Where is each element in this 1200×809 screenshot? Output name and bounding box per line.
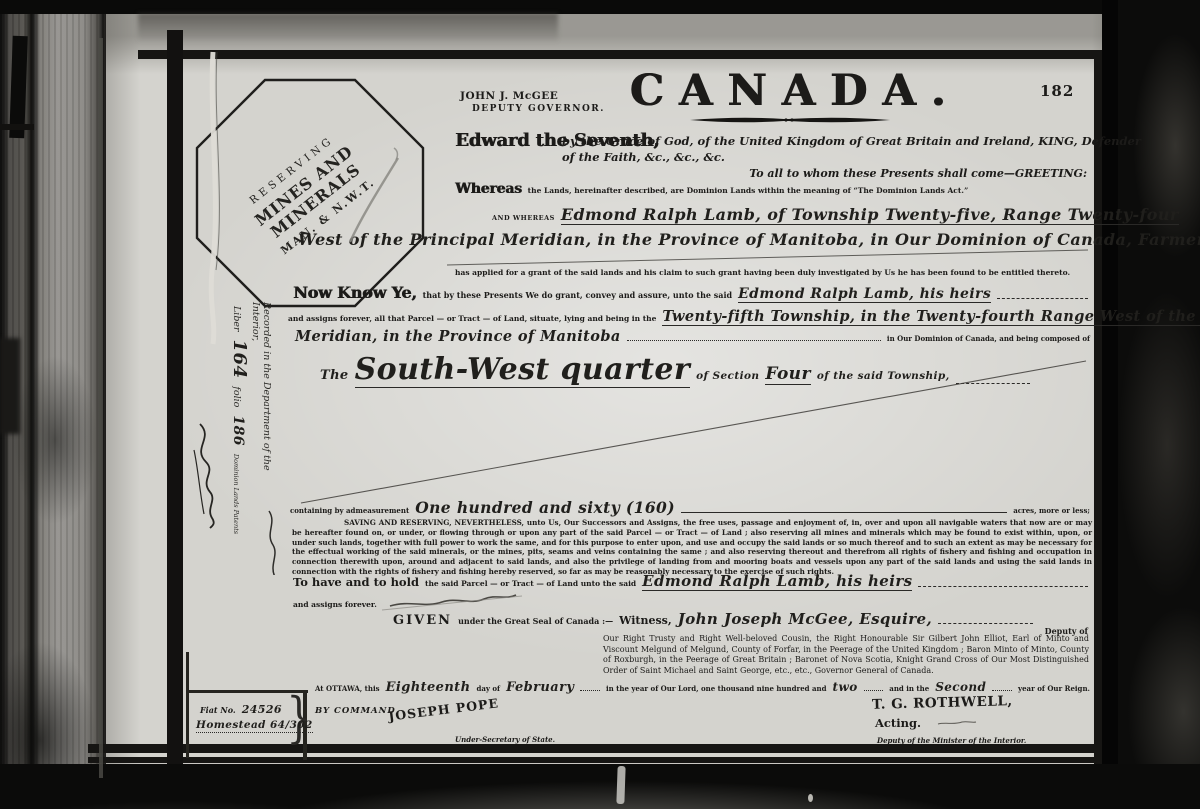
border-bottom-outer [88, 744, 1102, 753]
whereas-text: the Lands, hereinafter described, are Do… [528, 186, 969, 195]
acting-label: Acting. [875, 716, 921, 730]
description-pre: The [320, 368, 349, 383]
book-edge-bottom [0, 764, 1200, 809]
date-mid2: in the year of Our Lord, one thousand ni… [606, 684, 827, 693]
area-unit: acres, more or less; [1013, 506, 1090, 515]
recorded-line: Recorded in the Department of the Interi… [250, 302, 272, 501]
deputy-governor-name: JOHN J. McGEE [460, 90, 558, 102]
royal-style-line2: of the Faith, &c., &c., &c. [562, 150, 725, 164]
habendum-lead: To have and to hold [293, 575, 419, 589]
whereas-lead: Whereas [455, 181, 522, 197]
parcel-text2: in Our Dominion of Canada, and being com… [887, 334, 1090, 343]
by-command-label: BY COMMAND [315, 706, 396, 716]
handwritten-date-squiggle [264, 509, 278, 575]
area-label: containing by admeasurement [290, 506, 409, 515]
greeting-line: To all to whom these Presents shall come… [700, 167, 1087, 180]
date-post: year of Our Reign. [1018, 684, 1090, 693]
liber-label: Liber [231, 306, 242, 332]
underlying-page-border-mark [0, 124, 34, 130]
area-script: One hundred and sixty (160) [415, 498, 675, 517]
rule-filler [918, 572, 1088, 591]
grantee-name-script: Edmond Ralph Lamb, his heirs [738, 286, 991, 303]
rule-filler [681, 498, 1007, 517]
date-day-script: Eighteenth [386, 680, 471, 695]
description-main: South-West quarter [355, 352, 690, 388]
register-name: Dominion Lands Patents [232, 454, 240, 534]
folio-value: 186 [230, 415, 246, 445]
rule-filler [627, 328, 881, 345]
paper-speck [808, 794, 813, 802]
parcel-script2: Meridian, in the Province of Manitoba [295, 328, 621, 345]
octagon-stamp-line2: MINES AND MINERALS [206, 106, 414, 280]
description-section: Four [765, 364, 810, 385]
fiat-box-line [186, 652, 189, 758]
rule-filler [580, 680, 600, 695]
date-month-script: February [506, 680, 574, 695]
parcel-script1: Twenty-fifth Township, in the Twenty-fou… [662, 308, 1200, 326]
fiat-label: Fiat No. [200, 705, 236, 715]
description-post: of the said Township, [817, 370, 950, 382]
now-know-ye-lead: Now Know Ye, [293, 283, 417, 302]
border-bottom-inner [88, 757, 1102, 763]
grantee-script-line2: West of the Principal Meridian, in the P… [298, 230, 1200, 249]
given-text: under the Great Seal of Canada :— [458, 616, 613, 626]
saving-clause: SAVING AND RESERVING, NEVERTHELESS, unto… [292, 518, 1092, 577]
underlying-page-edge-line [99, 38, 103, 778]
royal-style-line1: by the Grace of God, of the United Kingd… [562, 134, 1141, 148]
pope-title: Under-Secretary of State. [455, 735, 555, 744]
rule-filler [997, 283, 1088, 303]
border-top [138, 50, 1100, 59]
brace-glyph: } [286, 686, 312, 749]
book-cover-right [1118, 0, 1200, 809]
document-title: CANADA. [600, 66, 990, 116]
parcel-text1: and assigns forever, all that Parcel — o… [288, 314, 656, 323]
octagon-stamp: RESERVING MINES AND MINERALS MAN. & N.W.… [193, 76, 427, 310]
clerk-signature-squiggle [192, 420, 218, 530]
margin-recording-stamp: Recorded in the Department of the Interi… [185, 300, 280, 575]
habendum-text: the said Parcel — or Tract — of Land unt… [425, 579, 636, 588]
ornamental-rule [688, 114, 892, 126]
deputy-governor-title: DEPUTY GOVERNOR. [472, 104, 605, 114]
grant-text: that by these Presents We do grant, conv… [423, 290, 733, 300]
fiat-value: 24526 [242, 703, 282, 716]
description-mid: of Section [696, 370, 759, 382]
liber-value: 164 [229, 340, 250, 379]
photo-edge-top [0, 0, 1200, 14]
applied-line: has applied for a grant of the said land… [455, 268, 1070, 277]
rothwell-title: Deputy of the Minister of the Interior. [877, 736, 1026, 745]
document-photograph: RESERVING MINES AND MINERALS MAN. & N.W.… [0, 0, 1200, 809]
reign-year-script: Second [935, 680, 986, 694]
rule-filler [956, 352, 1030, 388]
binding-tape-left [167, 30, 183, 764]
homestead-number: Homestead 64/302 [196, 719, 313, 733]
given-lead: GIVEN [393, 613, 452, 628]
border-right [1094, 50, 1102, 764]
habendum-script: Edmond Ralph Lamb, his heirs [642, 572, 912, 591]
page-top-shadow [138, 13, 558, 43]
and-whereas-label: AND WHEREAS [492, 214, 555, 222]
date-mid3: and in the [889, 684, 929, 693]
governor-general-honours: Our Right Trusty and Right Well-beloved … [603, 634, 1089, 676]
assigns-forever: and assigns forever. [293, 600, 377, 609]
rule-filler [864, 680, 884, 695]
witness-script: John Joseph McGee, Esquire, [678, 610, 932, 628]
folio-label: folio [231, 386, 242, 407]
witness-label: Witness, [619, 614, 672, 627]
page-number: 182 [1040, 82, 1074, 100]
date-year-script: two [833, 680, 858, 694]
grantee-script-line1: Edmond Ralph Lamb, of Township Twenty-fi… [561, 205, 1179, 225]
shadow-blotch [0, 338, 20, 434]
paper-tear-mark [616, 766, 625, 804]
date-mid1: day of [476, 684, 500, 693]
date-pre: At OTTAWA, this [315, 684, 380, 693]
rule-filler [938, 610, 1033, 628]
